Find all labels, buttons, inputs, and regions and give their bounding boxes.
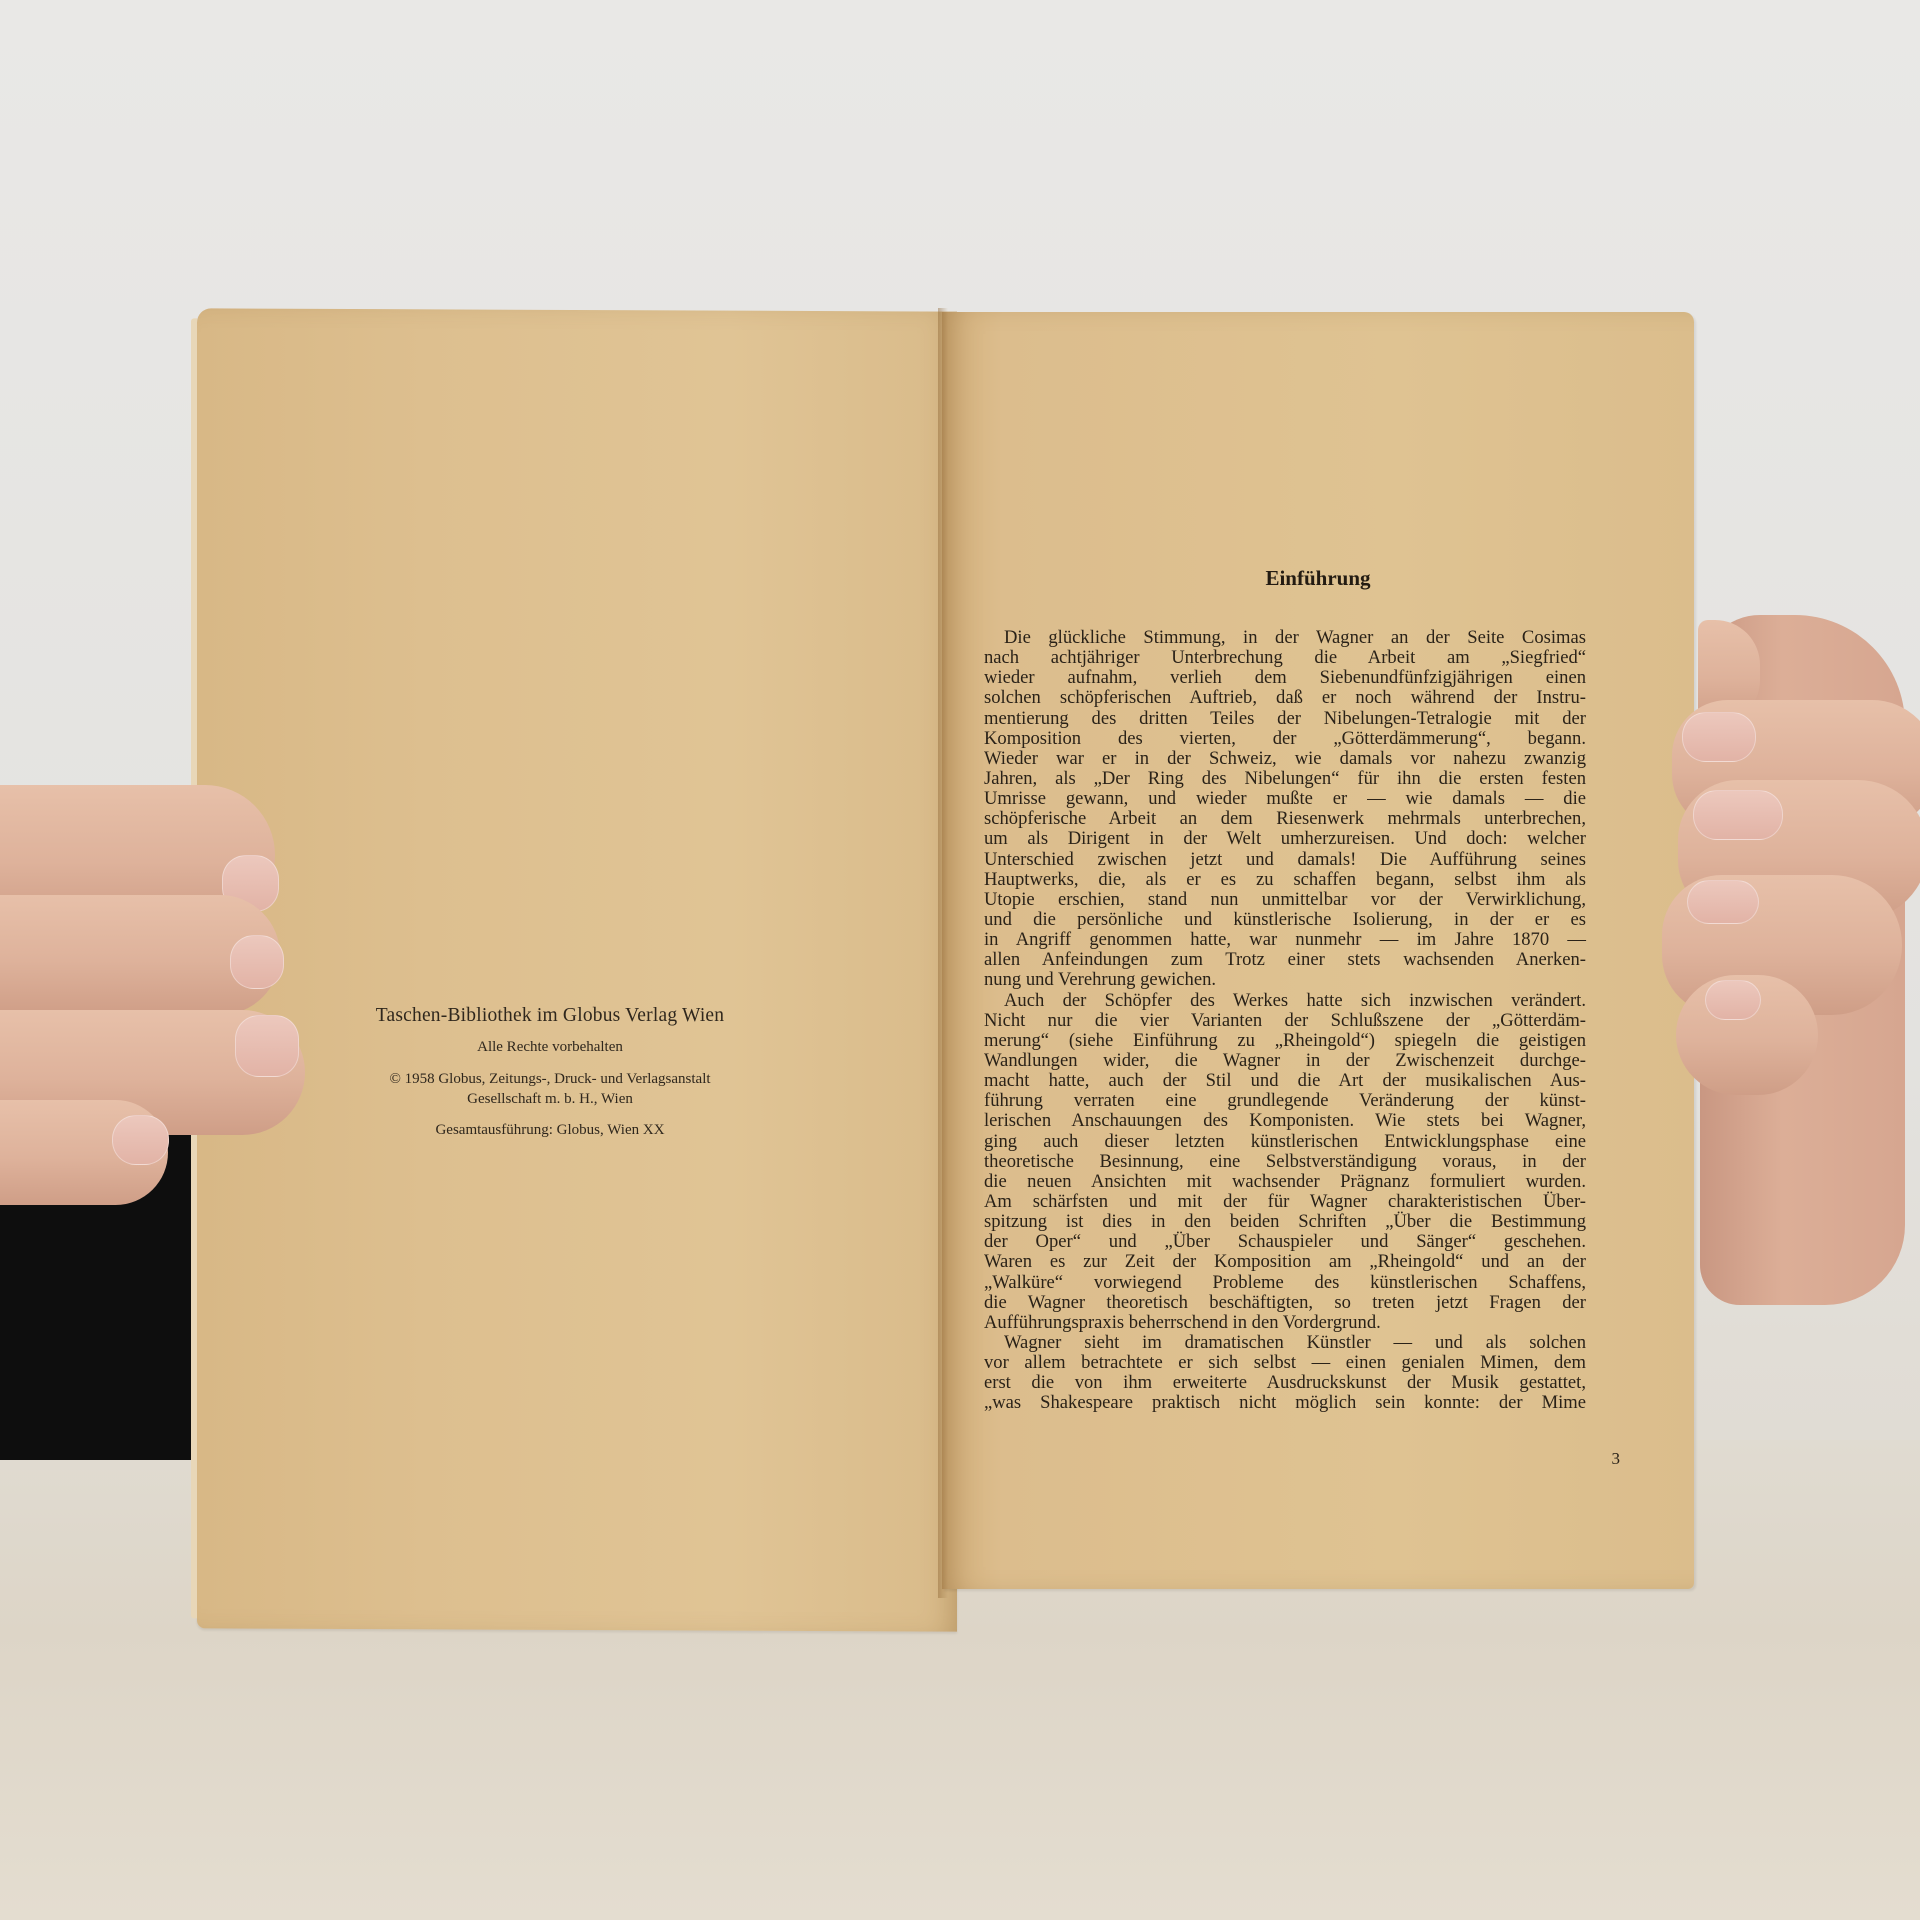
text-line: allen Anfeindungen zum Trotz einer stets… — [984, 950, 1586, 970]
text-line: mentierung des dritten Teiles der Nibelu… — [984, 709, 1586, 729]
text-line: wieder aufnahm, verlieh dem Siebenundfün… — [984, 668, 1586, 688]
left-middle-nail — [230, 935, 284, 989]
text-line: merung“ (siehe Einführung zu „Rheingold“… — [984, 1031, 1586, 1051]
left-little-nail — [112, 1115, 169, 1165]
text-line: Unterschied zwischen jetzt und damals! D… — [984, 850, 1586, 870]
text-line: Die glückliche Stimmung, in der Wagner a… — [984, 628, 1586, 648]
text-line: Nicht nur die vier Varianten der Schlußs… — [984, 1011, 1586, 1031]
left-ring-nail — [235, 1015, 299, 1077]
text-line: Waren es zur Zeit der Komposition am „Rh… — [984, 1252, 1586, 1272]
text-line: ging auch dieser letzten künstlerischen … — [984, 1132, 1586, 1152]
text-line: theoretische Besinnung, eine Selbstverst… — [984, 1152, 1586, 1172]
text-line: um als Dirigent in der Welt umherzureise… — [984, 829, 1586, 849]
imprint: Taschen-Bibliothek im Globus Verlag Wien… — [250, 1005, 850, 1139]
page-number: 3 — [1612, 1449, 1621, 1469]
text-line: Aufführungspraxis beherrschend in den Vo… — [984, 1313, 1586, 1333]
text-line: lerischen Anschauungen des Komponisten. … — [984, 1111, 1586, 1131]
text-line: Komposition des vierten, der „Götterdämm… — [984, 729, 1586, 749]
text-line: Jahren, als „Der Ring des Nibelungen“ fü… — [984, 769, 1586, 789]
text-line: vor allem betrachtete er sich selbst — e… — [984, 1353, 1586, 1373]
text-line: macht hatte, auch der Stil und die Art d… — [984, 1071, 1586, 1091]
text-line: nung und Verehrung gewichen. — [984, 970, 1586, 990]
text-line: spitzung ist dies in den beiden Schrifte… — [984, 1212, 1586, 1232]
text-line: der Oper“ und „Über Schauspieler und Sän… — [984, 1232, 1586, 1252]
imprint-series: Taschen-Bibliothek im Globus Verlag Wien — [250, 1005, 850, 1027]
text-line: Am schärfsten und mit der für Wagner cha… — [984, 1192, 1586, 1212]
text-line: Wieder war er in der Schweiz, wie damals… — [984, 749, 1586, 769]
imprint-copyright-line2: Gesellschaft m. b. H., Wien — [250, 1089, 850, 1109]
text-line: „was Shakespeare praktisch nicht möglich… — [984, 1393, 1586, 1413]
text-line: und die persönliche und künstlerische Is… — [984, 910, 1586, 930]
text-line: Hauptwerks, die, als er es zu schaffen b… — [984, 870, 1586, 890]
text-line: Utopie erschien, stand nun unmittelbar v… — [984, 890, 1586, 910]
imprint-rights: Alle Rechte vorbehalten — [250, 1039, 850, 1056]
text-line: schöpferische Arbeit an dem Riesenwerk m… — [984, 809, 1586, 829]
text-line: in Angriff genommen hatte, war nunmehr —… — [984, 930, 1586, 950]
right-middle-nail — [1693, 790, 1783, 840]
right-ring-nail — [1687, 880, 1759, 924]
book-gutter — [938, 308, 948, 1598]
chapter-title: Einführung — [942, 566, 1694, 591]
text-line: die Wagner theoretisch beschäftigten, so… — [984, 1293, 1586, 1313]
imprint-production: Gesamtausführung: Globus, Wien XX — [250, 1122, 850, 1139]
text-line: führung verraten eine grundlegende Verän… — [984, 1091, 1586, 1111]
text-line: erst die von ihm erweiterte Ausdruckskun… — [984, 1373, 1586, 1393]
imprint-copyright: © 1958 Globus, Zeitungs-, Druck- und Ver… — [250, 1069, 850, 1109]
right-index-nail — [1682, 712, 1756, 762]
text-line: Wagner sieht im dramatischen Künstler — … — [984, 1333, 1586, 1353]
text-line: Auch der Schöpfer des Werkes hatte sich … — [984, 991, 1586, 1011]
left-page — [197, 308, 957, 1631]
imprint-copyright-line1: © 1958 Globus, Zeitungs-, Druck- und Ver… — [250, 1069, 850, 1089]
right-little-nail — [1705, 980, 1761, 1020]
text-line: nach achtjähriger Unterbrechung die Arbe… — [984, 648, 1586, 668]
text-line: die neuen Ansichten mit wachsender Prägn… — [984, 1172, 1586, 1192]
text-line: Umrisse gewann, und wieder mußte er — wi… — [984, 789, 1586, 809]
text-line: „Walküre“ vorwiegend Probleme des künstl… — [984, 1273, 1586, 1293]
text-line: solchen schöpferischen Auftrieb, daß er … — [984, 688, 1586, 708]
body-text: Die glückliche Stimmung, in der Wagner a… — [984, 628, 1586, 1413]
text-line: Wandlungen wider, die Wagner in der Zwis… — [984, 1051, 1586, 1071]
right-page: Einführung Die glückliche Stimmung, in d… — [942, 312, 1694, 1589]
